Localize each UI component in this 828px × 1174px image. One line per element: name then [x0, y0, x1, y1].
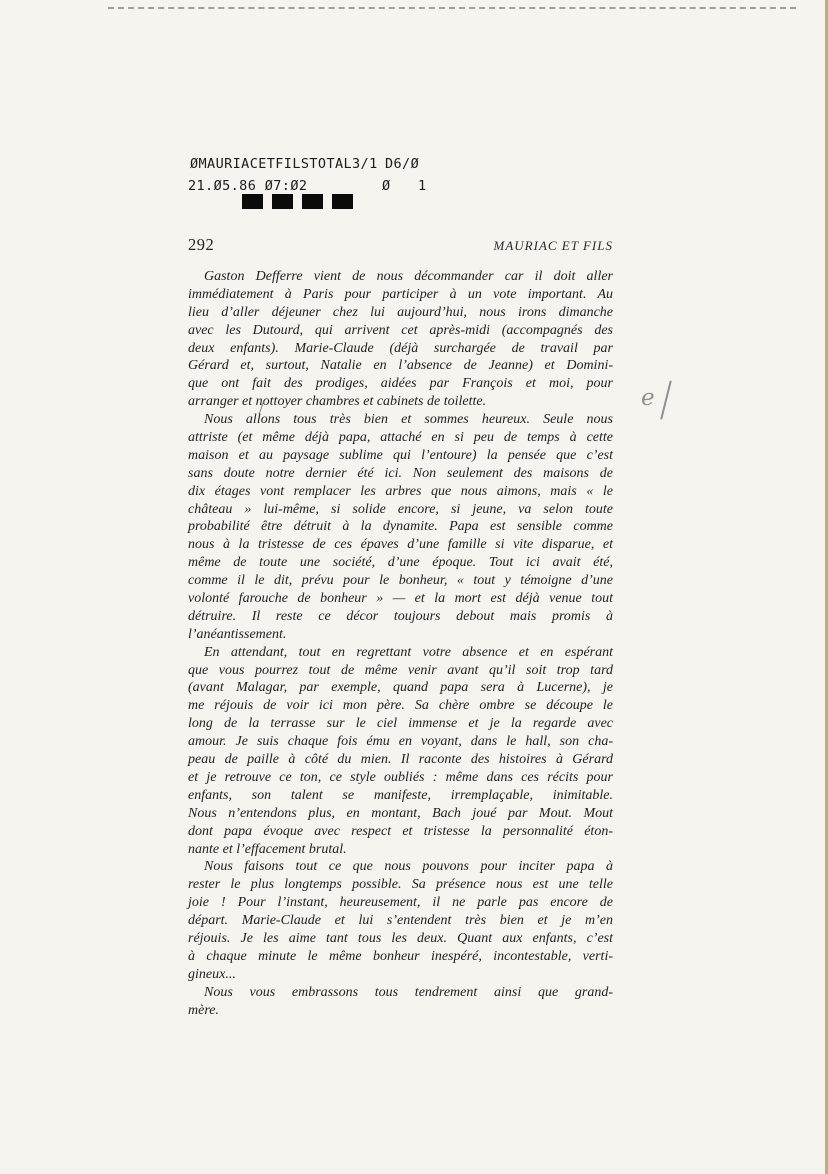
text-line: château » lui-même, si solide encore, si… [188, 501, 613, 519]
text-line: que vous pourrez tout de même venir avan… [188, 662, 613, 680]
text-line: enfants, son talent se manifeste, irremp… [188, 787, 613, 805]
text-line: à chaque minute le même bonheur inespéré… [188, 948, 613, 966]
text-line: peau de paille à côté du mien. Il racont… [188, 751, 613, 769]
typesetter-datetime: 21.Ø5.86 Ø7:Ø2 [188, 178, 307, 194]
running-head: 292 MAURIAC ET FILS [188, 235, 613, 255]
text-line: nante et l’effacement brutal. [188, 841, 613, 859]
text-line: Nous vous embrassons tous tendrement ain… [188, 984, 613, 1002]
registration-square [272, 194, 293, 209]
correction-letter: e [641, 387, 655, 410]
photocopy-cut-line [108, 7, 796, 9]
text-line: Nous n’entendons plus, en montant, Bach … [188, 805, 613, 823]
text-line: me réjouis de voir ici mon père. Sa chèr… [188, 697, 613, 715]
text-line: attriste (et même déjà papa, attaché en … [188, 429, 613, 447]
text-line: réjouis. Je les aime tant tous les deux.… [188, 930, 613, 948]
page-number: 292 [188, 235, 214, 255]
text-line: départ. Marie-Claude et lui s’entendent … [188, 912, 613, 930]
text-line: lieu d’aller déjeuner chez lui aujourd’h… [188, 304, 613, 322]
text-line: gineux... [188, 966, 613, 984]
text-line: même de toute une société, d’une époque.… [188, 554, 613, 572]
text-line: Gaston Defferre vient de nous décommande… [188, 268, 613, 286]
text-line: dix étages vont remplacer les arbres que… [188, 483, 613, 501]
registration-square [332, 194, 353, 209]
text-line: amour. Je suis chaque fois ému en voyant… [188, 733, 613, 751]
text-line: deux enfants). Marie-Claude (déjà surcha… [188, 340, 613, 358]
text-line: (avant Malagar, par exemple, quand papa … [188, 679, 613, 697]
text-line: mère. [188, 1002, 613, 1020]
typesetter-code: D6/Ø [385, 156, 419, 172]
text-line: que ont fait des prodiges, aidées par Fr… [188, 375, 613, 393]
typesetter-sheet-number: 1 [418, 178, 427, 194]
text-line: avec les Dutourd, qui arrivent cet après… [188, 322, 613, 340]
text-line: En attendant, tout en regrettant votre a… [188, 644, 613, 662]
text-line: long de la terrasse sur le ciel immense … [188, 715, 613, 733]
text-line: arranger et nottoyer chambres et cabinet… [188, 393, 613, 411]
registration-squares [242, 194, 353, 209]
typesetter-flag: Ø [382, 178, 391, 194]
typesetter-header: ØMAURIACETFILSTOTAL3/1 D6/Ø 21.Ø5.86 Ø7:… [188, 155, 488, 215]
text-line: Gérard et, surtout, Natalie en l’absence… [188, 357, 613, 375]
registration-square [302, 194, 323, 209]
running-title: MAURIAC ET FILS [494, 238, 613, 254]
text-line: immédiatement à Paris pour participer à … [188, 286, 613, 304]
text-line: détruire. Il reste ce décor toujours deb… [188, 608, 613, 626]
text-line: joie ! Pour l’instant, heureusement, il … [188, 894, 613, 912]
text-line: nous à la tristesse de ces épaves d’une … [188, 536, 613, 554]
text-line: rester le plus longtemps possible. Sa pr… [188, 876, 613, 894]
text-line: Nous faisons tout ce que nous pouvons po… [188, 858, 613, 876]
registration-square [242, 194, 263, 209]
text-line: dont papa évoque avec respect et tristes… [188, 823, 613, 841]
text-line: Nous allons tous très bien et sommes heu… [188, 411, 613, 429]
correction-slash-mark [660, 380, 671, 419]
text-line: maison et au paysage sublime qui l’entou… [188, 447, 613, 465]
text-line: et je retrouve ce ton, ce style oubliés … [188, 769, 613, 787]
text-line: probabilité être détruit à la dynamite. … [188, 518, 613, 536]
text-line: l’anéantissement. [188, 626, 613, 644]
text-line: comme il le dit, prévu pour le bonheur, … [188, 572, 613, 590]
handwritten-margin-correction: e [641, 379, 681, 424]
text-line: volonté farouche de bonheur » — et la mo… [188, 590, 613, 608]
letter-body: Gaston Defferre vient de nous décommande… [188, 268, 613, 1019]
text-line: sans doute notre dernier été ici. Non se… [188, 465, 613, 483]
typesetter-job-id: ØMAURIACETFILSTOTAL3/1 [190, 156, 378, 172]
